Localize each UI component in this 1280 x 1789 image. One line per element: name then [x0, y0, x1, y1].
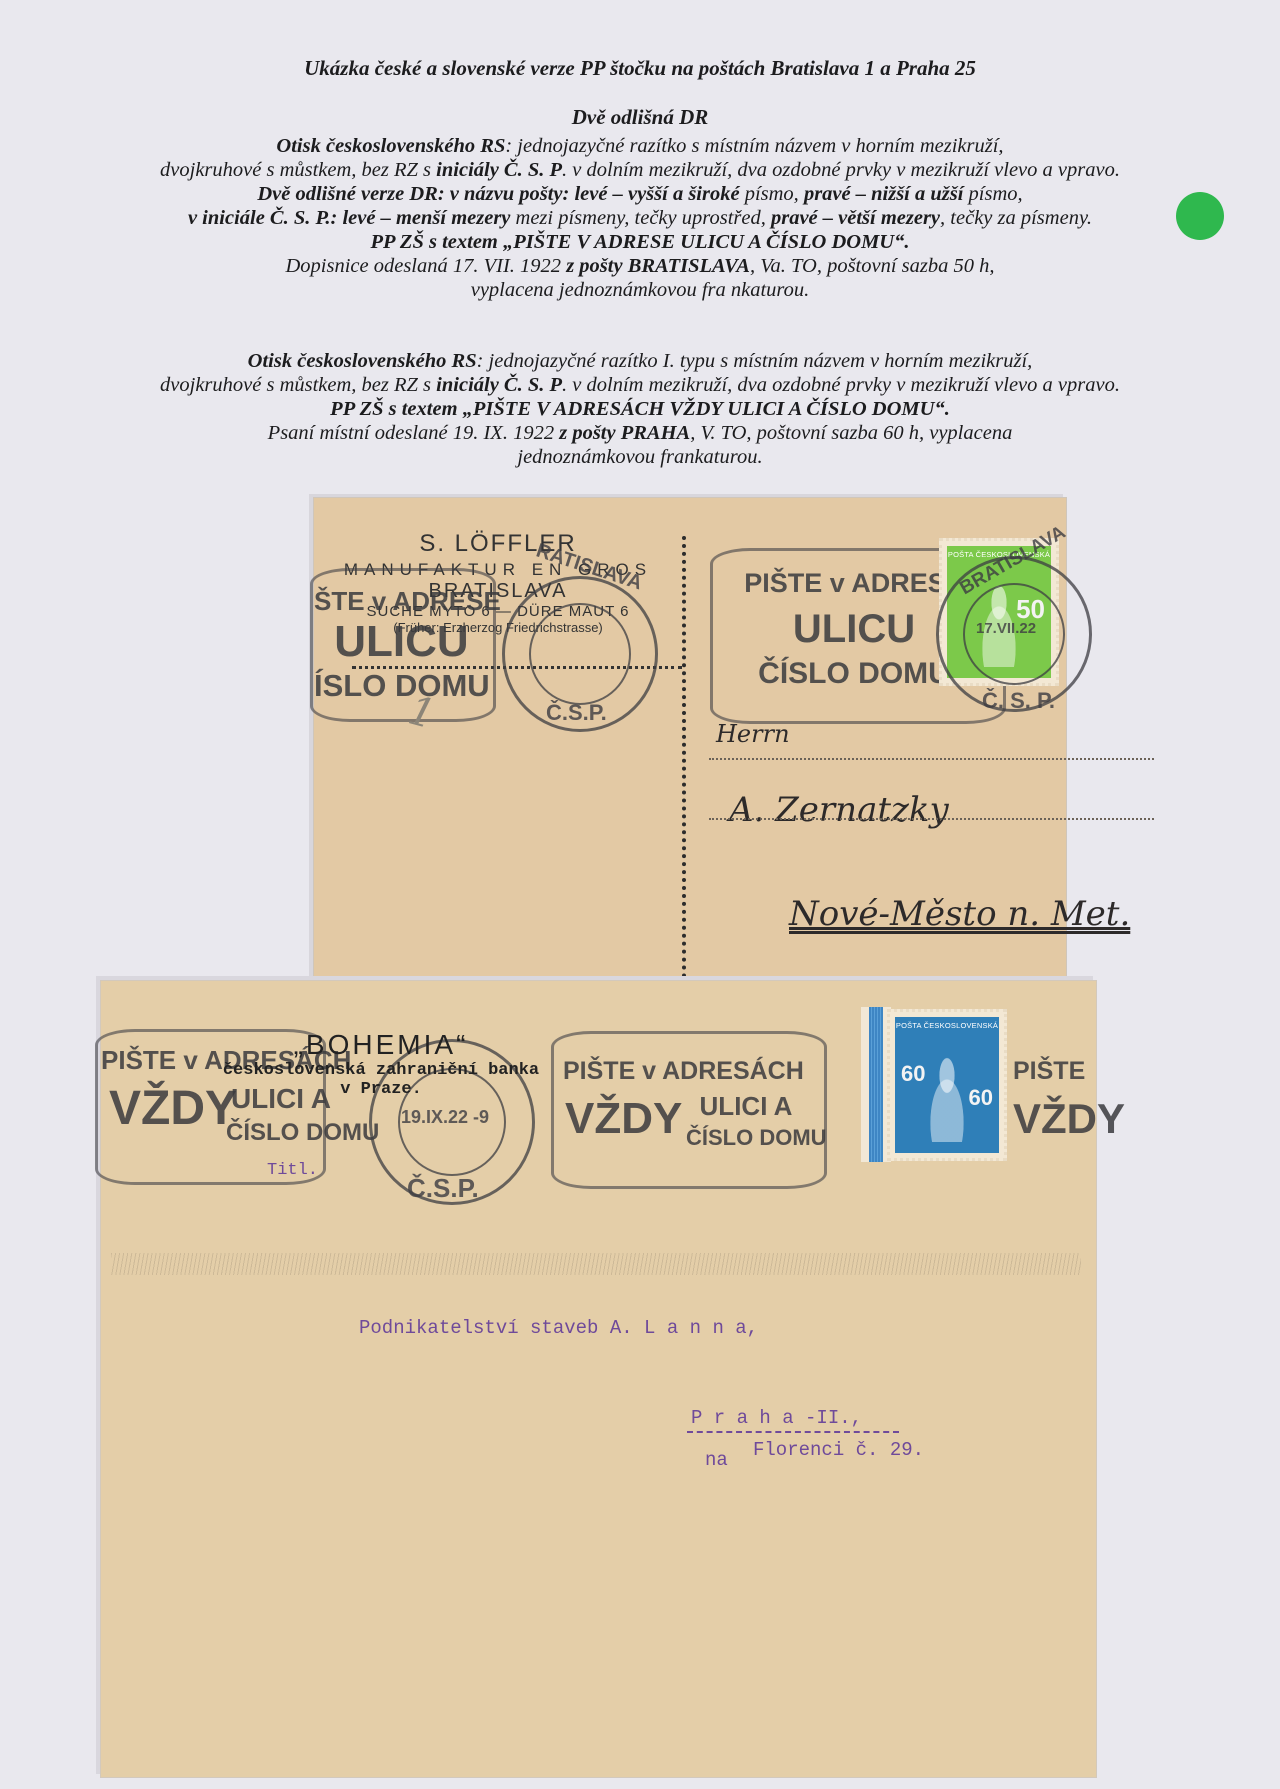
- stamp-value-left: 60: [901, 1061, 925, 1087]
- stamp-header: POŠTA ČESKOSLOVENSKÁ: [895, 1021, 999, 1030]
- b1-line-6: Dopisnice odeslaná 17. VII. 1922 z pošty…: [0, 254, 1280, 278]
- b1-line-7: vyplacena jednoznámkovou fra nkaturou.: [0, 278, 1280, 302]
- env-slogan-cancel-3: PIŠTE VŽDY: [1013, 1059, 1103, 1140]
- env-slogan-cancel-2: PIŠTE v ADRESÁCH: [563, 1059, 823, 1084]
- postcard-divider: [682, 536, 686, 986]
- printed-hatch-band: [111, 1253, 1081, 1275]
- recipient-name: Podnikatelství staveb A. L a n n a,: [359, 1317, 758, 1339]
- b1-line-3: Dvě odlišné verze DR: v názvu pošty: lev…: [0, 182, 1280, 206]
- b1-line-4: v iniciále Č. S. P.: levé – menší mezery…: [0, 206, 1280, 230]
- typed-title: Titl.: [267, 1161, 318, 1180]
- stamp-value-right: 60: [969, 1085, 993, 1111]
- postmark-right-initials: Č. S. P.: [982, 688, 1055, 714]
- recipient-city-underline: [687, 1431, 899, 1433]
- bank-city: v Praze.: [171, 1080, 591, 1099]
- b2-line-1: Otisk československého RS: jednojazyčné …: [0, 349, 1280, 373]
- b1-line-5: PP ZŠ s textem „PIŠTE V ADRESE ULICU A Č…: [0, 230, 1280, 254]
- env-slogan-block-2: ULICI A ČÍSLO DOMU: [686, 1093, 806, 1149]
- recipient-street: Florenci č. 29.: [753, 1439, 924, 1461]
- description-block-1: Otisk československého RS: jednojazyčné …: [0, 134, 1280, 302]
- b2-line-5: jednoznámkovou frankaturou.: [0, 445, 1280, 469]
- stamp-60h: POŠTA ČESKOSLOVENSKÁ 60 60: [887, 1009, 1007, 1161]
- page-subtitle: Dvě odlišná DR: [0, 105, 1280, 130]
- b1-line-1: Otisk československého RS: jednojazyčné …: [0, 134, 1280, 158]
- address-town: Nové-Město n. Met.: [789, 894, 1130, 934]
- b1-line-2: dvojkruhové s můstkem, bez RZ s iniciály…: [0, 158, 1280, 182]
- postmark-right-date: 17.VII.22: [976, 620, 1036, 637]
- slogan-cancel-left: ŠTE v ADRESE ULICU ÍSLO DOMU: [314, 588, 489, 701]
- bank-name: „BOHEMIA“: [171, 1029, 591, 1061]
- b2-line-3: PP ZŠ s textem „PIŠTE V ADRESÁCH VŽDY UL…: [0, 397, 1280, 421]
- title-text: Ukázka české a slovenské verze PP štočku…: [0, 56, 1280, 81]
- env-slogan-vzdy-2: VŽDY: [565, 1097, 665, 1141]
- env-postmark-initials: Č.S.P.: [407, 1173, 479, 1204]
- address-name: A. Zernatzky: [729, 790, 949, 830]
- page-title: Ukázka české a slovenské verze PP štočku…: [0, 56, 1280, 81]
- bank-description: československá zahraniční banka: [171, 1061, 591, 1080]
- recipient-city: P r a h a -II.,: [691, 1407, 862, 1429]
- env-postmark-date: 19.IX.22 -9: [401, 1107, 489, 1128]
- b2-line-4: Psaní místní odeslané 19. IX. 1922 z poš…: [0, 421, 1280, 445]
- recipient-street-prefix: na: [705, 1449, 728, 1471]
- envelope: VŽDY PIŠTE v ADRESÁCH ULICI A ČÍSLO DOMU…: [100, 980, 1097, 1778]
- subtitle-text: Dvě odlišná DR: [0, 105, 1280, 130]
- envelope-sender-imprint: „BOHEMIA“ československá zahraniční bank…: [171, 1029, 591, 1099]
- sender-name: S. LÖFFLER: [314, 530, 682, 558]
- address-salutation: Herrn: [716, 720, 790, 748]
- description-block-2: Otisk československého RS: jednojazyčné …: [0, 349, 1280, 469]
- postmark-left-initials: Č.S.P.: [546, 700, 607, 726]
- green-marker-dot: [1176, 192, 1224, 240]
- b2-line-2: dvojkruhové s můstkem, bez RZ s iniciály…: [0, 373, 1280, 397]
- stamp-face: POŠTA ČESKOSLOVENSKÁ 60 60: [895, 1017, 999, 1153]
